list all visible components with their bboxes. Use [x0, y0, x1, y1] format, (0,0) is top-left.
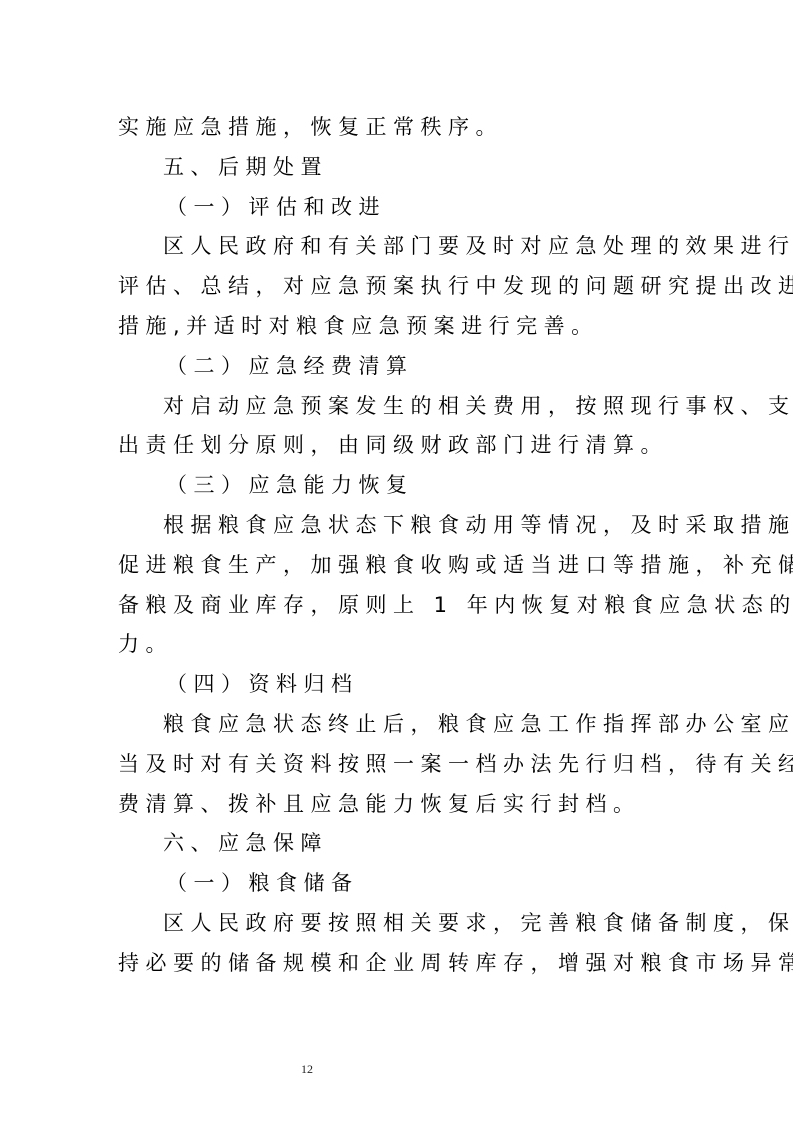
paragraph-start-line: 区人民政府要按照相关要求，完善粮食储备制度，保: [118, 904, 678, 944]
body-line: 持必要的储备规模和企业周转库存，增强对粮食市场异常: [118, 944, 678, 984]
body-line: 措施,并适时对粮食应急预案进行完善。: [118, 307, 678, 347]
paragraph-start-line: 根据粮食应急状态下粮食动用等情况，及时采取措施: [118, 506, 678, 546]
page-content: 实施应急措施，恢复正常秩序。 五、后期处置 （一）评估和改进 区人民政府和有关部…: [118, 108, 678, 984]
paragraph-start-line: 区人民政府和有关部门要及时对应急处理的效果进行: [118, 227, 678, 267]
paragraph-start-line: 对启动应急预案发生的相关费用，按照现行事权、支: [118, 387, 678, 427]
paragraph-start-line: 粮食应急状态终止后，粮食应急工作指挥部办公室应: [118, 705, 678, 745]
page-number: 12: [0, 1062, 614, 1077]
subsection-heading: （三）应急能力恢复: [118, 466, 678, 506]
body-line: 备粮及商业库存，原则上 1 年内恢复对粮食应急状态的能: [118, 586, 678, 626]
document-page: 实施应急措施，恢复正常秩序。 五、后期处置 （一）评估和改进 区人民政府和有关部…: [0, 0, 793, 1122]
body-line: 评估、总结，对应急预案执行中发现的问题研究提出改进: [118, 267, 678, 307]
section-heading: 六、应急保障: [118, 824, 678, 864]
body-line: 当及时对有关资料按照一案一档办法先行归档，待有关经: [118, 745, 678, 785]
subsection-heading: （一）评估和改进: [118, 188, 678, 228]
subsection-heading: （一）粮食储备: [118, 864, 678, 904]
section-heading: 五、后期处置: [118, 148, 678, 188]
body-line: 力。: [118, 625, 678, 665]
subsection-heading: （四）资料归档: [118, 665, 678, 705]
subsection-heading: （二）应急经费清算: [118, 347, 678, 387]
body-line: 出责任划分原则，由同级财政部门进行清算。: [118, 426, 678, 466]
body-line: 费清算、拨补且应急能力恢复后实行封档。: [118, 785, 678, 825]
body-line: 促进粮食生产，加强粮食收购或适当进口等措施，补充储: [118, 546, 678, 586]
body-line: 实施应急措施，恢复正常秩序。: [118, 108, 678, 148]
